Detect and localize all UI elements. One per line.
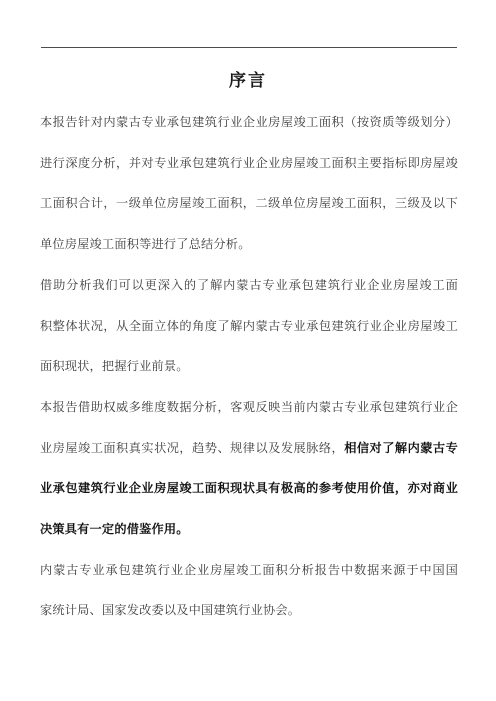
paragraph-1-line-1: 本报告针对内蒙古专业承包建筑行业企业房屋竣工面积（按资质等级划分） [40,102,458,143]
paragraph-1-line-3: 工面积合计，一级单位房屋竣工面积，二级单位房屋竣工面积，三级及以下 [40,183,458,224]
paragraph-4-line-1: 内蒙古专业承包建筑行业企业房屋竣工面积分析报告中数据来源于中国国 [40,550,458,591]
paragraph-2-line-1: 借助分析我们可以更深入的了解内蒙古专业承包建筑行业企业房屋竣工面 [40,265,458,306]
text-segment: 单位房屋竣工面积等进行了总结分析。 [40,237,251,251]
text-segment: 业房屋竣工面积真实状况，趋势、规律以及发展脉络， [40,441,344,455]
document-body: 本报告针对内蒙古专业承包建筑行业企业房屋竣工面积（按资质等级划分）进行深度分析，… [40,102,458,631]
text-segment: 面积现状，把握行业前景。 [40,359,189,373]
page-title: 序言 [0,66,496,91]
document-page: 序言 本报告针对内蒙古专业承包建筑行业企业房屋竣工面积（按资质等级划分）进行深度… [0,0,496,701]
text-segment: 积整体状况，从全面立体的角度了解内蒙古专业承包建筑行业企业房屋竣工 [40,319,458,333]
paragraph-1-line-4: 单位房屋竣工面积等进行了总结分析。 [40,224,458,265]
text-segment: 本报告借助权威多维度数据分析，客观反映当前内蒙古专业承包建筑行业企 [40,400,458,414]
text-segment: 进行深度分析，并对专业承包建筑行业企业房屋竣工面积主要指标即房屋竣 [40,156,458,170]
header-rule-divider [41,47,457,48]
paragraph-3-line-1: 本报告借助权威多维度数据分析，客观反映当前内蒙古专业承包建筑行业企 [40,387,458,428]
paragraph-2-line-2: 积整体状况，从全面立体的角度了解内蒙古专业承包建筑行业企业房屋竣工 [40,306,458,347]
text-segment: 本报告针对内蒙古专业承包建筑行业企业房屋竣工面积（按资质等级划分） [40,115,458,129]
bold-text-segment: 业承包建筑行业企业房屋竣工面积现状具有极高的参考使用价值，亦对商业 [40,481,458,495]
paragraph-3-line-4: 决策具有一定的借鉴作用。 [40,509,458,550]
text-segment: 工面积合计，一级单位房屋竣工面积，二级单位房屋竣工面积，三级及以下 [40,196,458,210]
paragraph-3-line-2: 业房屋竣工面积真实状况，趋势、规律以及发展脉络，相信对了解内蒙古专 [40,428,458,469]
paragraph-4-line-2: 家统计局、国家发改委以及中国建筑行业协会。 [40,590,458,631]
text-segment: 家统计局、国家发改委以及中国建筑行业协会。 [40,603,300,617]
text-segment: 借助分析我们可以更深入的了解内蒙古专业承包建筑行业企业房屋竣工面 [40,278,458,292]
paragraph-3-line-3: 业承包建筑行业企业房屋竣工面积现状具有极高的参考使用价值，亦对商业 [40,468,458,509]
bold-text-segment: 决策具有一定的借鉴作用。 [40,522,189,536]
bold-text-segment: 相信对了解内蒙古专 [344,441,458,455]
text-segment: 内蒙古专业承包建筑行业企业房屋竣工面积分析报告中数据来源于中国国 [40,563,458,577]
paragraph-2-line-3: 面积现状，把握行业前景。 [40,346,458,387]
paragraph-1-line-2: 进行深度分析，并对专业承包建筑行业企业房屋竣工面积主要指标即房屋竣 [40,143,458,184]
